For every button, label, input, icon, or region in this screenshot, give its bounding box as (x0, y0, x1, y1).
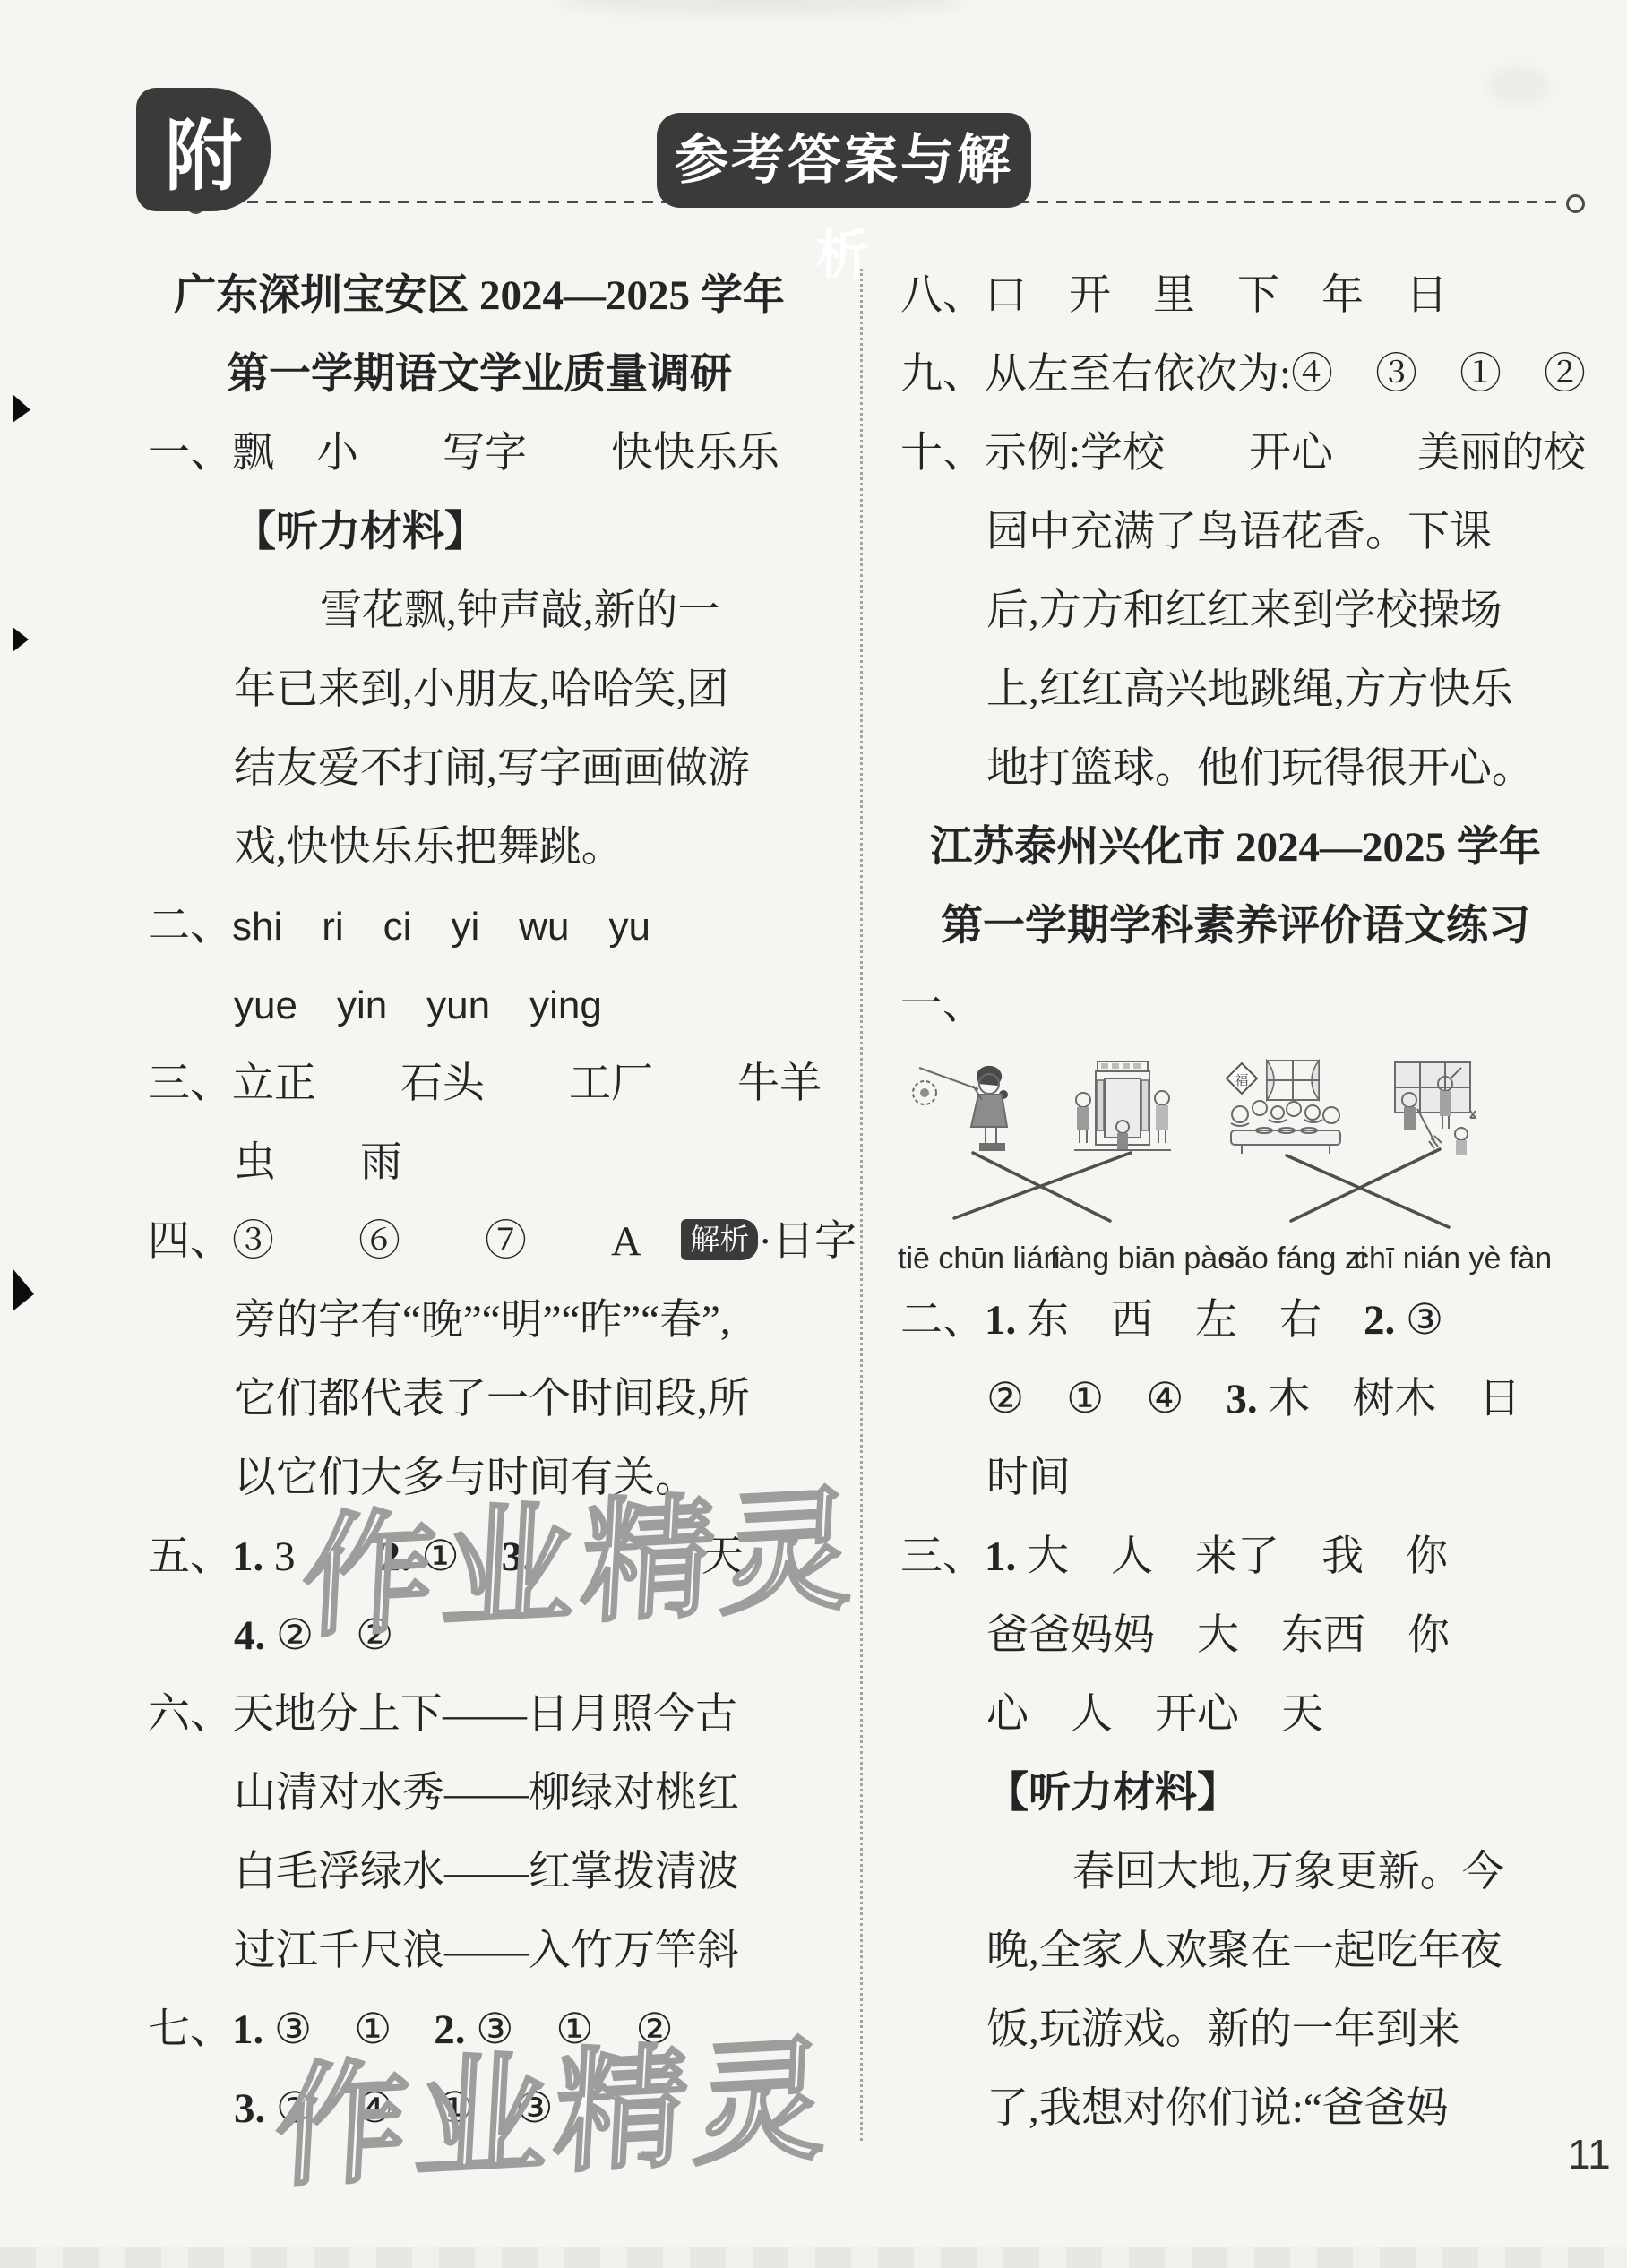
text-line: 上,红红高兴地跳绳,方方快乐 (900, 650, 1571, 729)
text-segment: ③ ① ② (466, 2006, 674, 2053)
pinyin-label: chī nián yè fàn (1354, 1241, 1552, 1276)
text-line: 五、1. 3 2. ① 3. 天 (148, 1517, 811, 1596)
page-number: 11 (1568, 2130, 1611, 2178)
text-line: 一、飘 小 写字 快快乐乐 (148, 414, 811, 493)
text-segment: 3. (1226, 1376, 1257, 1422)
text-line: 时间 (900, 1439, 1571, 1517)
text-line: 爸爸妈妈 大 东西 你 (900, 1596, 1571, 1675)
text-segment: 1. (985, 1533, 1016, 1580)
text-segment: ③ ① (263, 2006, 434, 2053)
text-line: 后,方方和红红来到学校操场 (900, 571, 1571, 650)
text-line: 以它们大多与时间有关。 (148, 1439, 811, 1517)
text-line: 旁的字有“晚”“明”“昨”“春”, (148, 1281, 811, 1360)
text-line: 3. ② ④ ① ③ (148, 2069, 811, 2148)
text-segment: 1. (232, 2006, 263, 2053)
scan-edge-mark (13, 1268, 34, 1311)
answer-key-page: 附 参考答案与解析 广东深圳宝安区 2024—2025 学年第一学期语文学业质量… (0, 0, 1627, 2268)
text-segment: shi ri ci yi wu yu (232, 905, 650, 949)
text-line: 四、③ ⑥ ⑦ A 解析·日字 (148, 1202, 811, 1281)
text-line: 过江千尺浪——入竹万竿斜 (148, 1911, 811, 1990)
text-segment: 二、 (900, 1297, 985, 1344)
matching-lines (896, 1050, 1568, 1274)
scan-artifact (1487, 66, 1550, 106)
text-line: 心 人 开心 天 (900, 1675, 1571, 1754)
text-segment: 大 人 来了 我 你 (1016, 1533, 1448, 1580)
text-segment: 二、 (148, 903, 232, 949)
text-line: 广东深圳宝安区 2024—2025 学年 (148, 256, 811, 335)
text-line: 4. ② ② (148, 1596, 811, 1675)
text-line: 六、天地分上下——日月照今古 (148, 1675, 811, 1754)
text-line: 年已来到,小朋友,哈哈笑,团 (148, 650, 811, 729)
page-title: 参考答案与解析 (657, 113, 1031, 208)
text-line: 一、 (900, 966, 1571, 1044)
text-segment: 天 (533, 1533, 744, 1580)
text-line: 十、示例:学校 开心 美丽的校 (900, 414, 1571, 493)
text-line: 饭,玩游戏。新的一年到来 (900, 1990, 1571, 2069)
text-line: 虫 雨 (148, 1123, 811, 1202)
text-segment: 木 树木 日 (1258, 1376, 1521, 1422)
text-line: 三、立正 石头 工厂 牛羊 (148, 1044, 811, 1123)
text-segment: 2. (1364, 1297, 1395, 1344)
text-line: 白毛浮绿水——红掌拨清波 (148, 1833, 811, 1911)
text-line: 了,我想对你们说:“爸爸妈 (900, 2069, 1571, 2148)
pinyin-label: tiē chūn lián (898, 1241, 1060, 1276)
scan-edge-mark (13, 394, 30, 423)
text-segment: 4. (234, 1612, 265, 1659)
corner-tab-badge: 附 (136, 88, 271, 211)
text-segment: 三、 (900, 1533, 985, 1580)
text-line: ② ① ④ 3. 木 树木 日 (900, 1360, 1571, 1439)
text-line: 结友爱不打闹,写字画画做游 (148, 729, 811, 808)
column-divider (860, 269, 863, 2141)
text-segment: ·日字 (758, 1218, 857, 1265)
text-line: 春回大地,万象更新。今 (900, 1833, 1571, 1911)
scan-artifact (0, 2247, 1627, 2268)
scan-artifact (555, 0, 968, 14)
text-line: 第一学期学科素养评价语文练习 (900, 887, 1571, 966)
text-line: 二、shi ri ci yi wu yu (148, 887, 811, 966)
pinyin-label: sǎo fáng zi (1219, 1241, 1366, 1276)
text-line: 山清对水秀——柳绿对桃红 (148, 1754, 811, 1833)
text-line: 二、1. 东 西 左 右 2. ③ (900, 1281, 1571, 1360)
scan-edge-mark (13, 627, 29, 652)
dashed-rule-end-circle (1566, 194, 1585, 213)
text-line: 第一学期语文学业质量调研 (148, 335, 811, 414)
jiexi-badge: 解析 (681, 1219, 758, 1260)
text-segment: 3. (502, 1533, 533, 1580)
text-line: 三、1. 大 人 来了 我 你 (900, 1517, 1571, 1596)
text-segment: 四、③ ⑥ ⑦ A (148, 1218, 681, 1265)
text-line: 园中充满了鸟语花香。下课 (900, 493, 1571, 571)
pinyin-label: fàng biān pào (1050, 1241, 1235, 1276)
text-segment: 3 (263, 1533, 379, 1580)
text-line: 地打篮球。他们玩得很开心。 (900, 729, 1571, 808)
text-segment: 东 西 左 右 (1016, 1297, 1364, 1344)
text-line: 七、1. ③ ① 2. ③ ① ② (148, 1990, 811, 2069)
text-segment: 2. (434, 2006, 465, 2053)
text-segment: 2. (380, 1533, 411, 1580)
text-line: yue yin yun ying (148, 966, 811, 1044)
text-segment: ③ (1395, 1297, 1443, 1344)
text-line: 【听力材料】 (148, 493, 811, 571)
text-segment: yue yin yun ying (234, 984, 602, 1027)
text-segment: 3. (234, 2085, 265, 2132)
text-line: 【听力材料】 (900, 1754, 1571, 1833)
text-segment: 1. (985, 1297, 1016, 1344)
text-segment: 五、 (148, 1533, 232, 1580)
text-line: 它们都代表了一个时间段,所 (148, 1360, 811, 1439)
text-segment: 1. (232, 1533, 263, 1580)
text-line: 八、口 开 里 下 年 日 (900, 256, 1571, 335)
text-line: 晚,全家人欢聚在一起吃年夜 (900, 1911, 1571, 1990)
text-segment: ② ① ④ (986, 1376, 1226, 1422)
text-line: 九、从左至右依次为:④ ③ ① ② (900, 335, 1571, 414)
text-segment: ② ④ ① ③ (265, 2085, 553, 2132)
text-line: 雪花飘,钟声敲,新的一 (148, 571, 811, 650)
text-segment: ① (411, 1533, 502, 1580)
matching-exercise: 福 (896, 1050, 1568, 1274)
text-segment: 七、 (148, 2006, 232, 2053)
text-line: 戏,快快乐乐把舞跳。 (148, 808, 811, 887)
text-line: 江苏泰州兴化市 2024—2025 学年 (900, 808, 1571, 887)
left-column: 广东深圳宝安区 2024—2025 学年第一学期语文学业质量调研一、飘 小 写字… (148, 256, 811, 2148)
text-segment: ② ② (265, 1612, 393, 1659)
